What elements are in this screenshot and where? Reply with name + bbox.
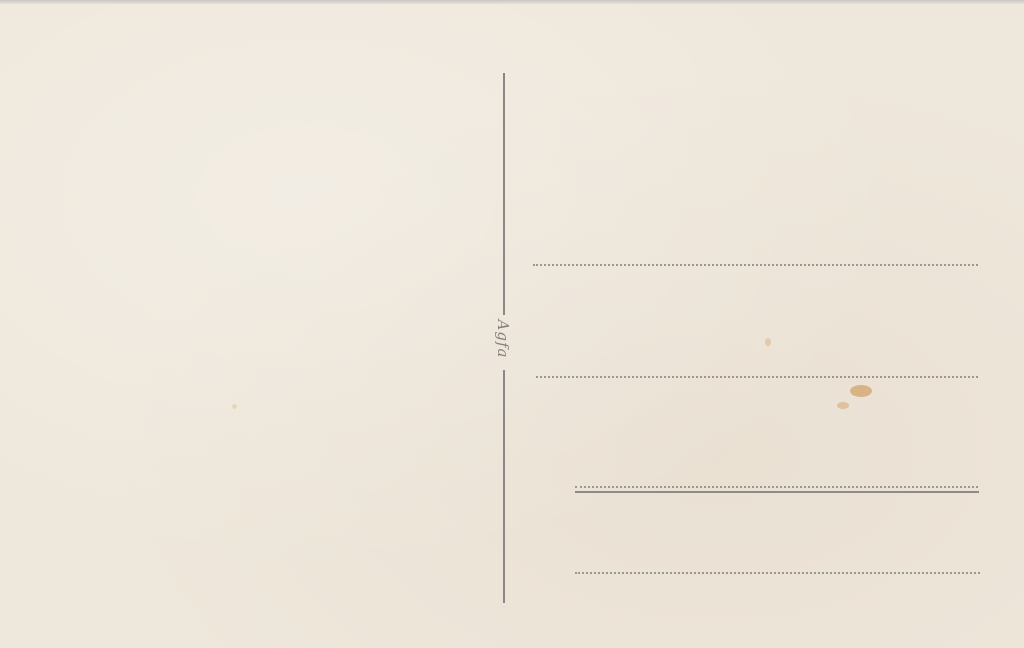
address-line-4 xyxy=(575,572,980,574)
address-line-3-underline xyxy=(575,491,979,493)
address-line-2 xyxy=(536,376,978,378)
postcard-back: Agfa xyxy=(0,0,1024,648)
address-line-3 xyxy=(575,486,978,488)
agfa-imprint: Agfa xyxy=(494,314,512,364)
foxing-stain xyxy=(765,338,771,346)
foxing-stain xyxy=(837,402,849,409)
address-line-1 xyxy=(533,264,978,266)
foxing-stain xyxy=(232,404,237,409)
foxing-stain xyxy=(850,385,872,397)
center-divider-upper xyxy=(503,73,505,315)
card-top-edge xyxy=(0,0,1024,4)
center-divider-lower xyxy=(503,370,505,603)
